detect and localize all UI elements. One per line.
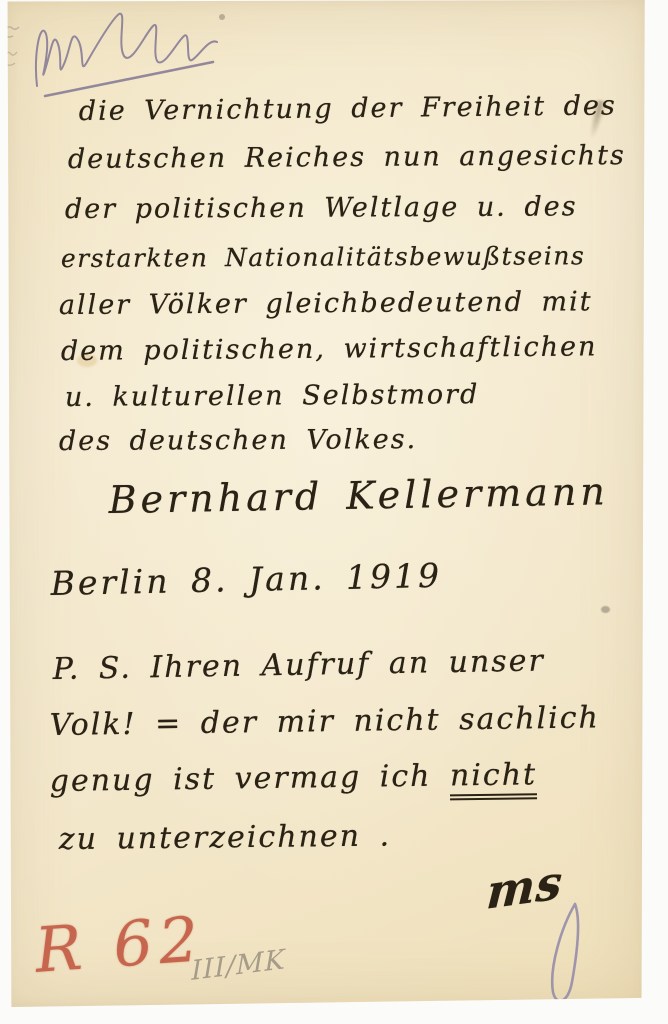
letter-scan: die Vernichtung der Freiheit des deutsch… xyxy=(0,0,668,1024)
postscript-line: zu unterzeichnen . xyxy=(59,819,392,857)
postscript-line: genug ist vermag ich nicht xyxy=(50,757,538,799)
violet-pencil-scrawl xyxy=(27,4,227,100)
letter-body-line: des deutschen Volkes. xyxy=(59,424,417,457)
letter-body-line: aller Völker gleichbedeutend mit xyxy=(59,286,593,321)
signature: Bernhard Kellermann xyxy=(108,469,609,522)
dateline: Berlin 8. Jan. 1919 xyxy=(50,556,442,603)
postscript-emphasized-word: nicht xyxy=(450,757,538,800)
postscript-line: P. S. Ihren Aufruf an unser xyxy=(52,643,545,687)
postscript-line: Volk! = der mir nicht sachlich xyxy=(50,700,601,743)
letter-body-line: dem politischen, wirtschaftlichen xyxy=(61,331,598,367)
pencil-code: III/MK xyxy=(191,944,286,987)
letter-body-line: erstarkten Nationalitätsbewußtseins xyxy=(61,241,585,273)
letter-body-line: der politischen Weltlage u. des xyxy=(65,191,578,225)
paper-speck xyxy=(601,606,610,613)
letter-body-line: deutschen Reiches nun angesichts xyxy=(68,140,626,175)
postscript-text: genug ist vermag ich xyxy=(50,758,451,799)
letter-body-line: die Vernichtung der Freiheit des xyxy=(79,90,617,127)
paper-sheet: die Vernichtung der Freiheit des deutsch… xyxy=(5,0,646,1008)
letter-body-line: u. kulturellen Selbstmord xyxy=(65,379,480,413)
red-inventory-number: R 62 xyxy=(33,902,207,987)
violet-flourish xyxy=(535,898,595,1010)
